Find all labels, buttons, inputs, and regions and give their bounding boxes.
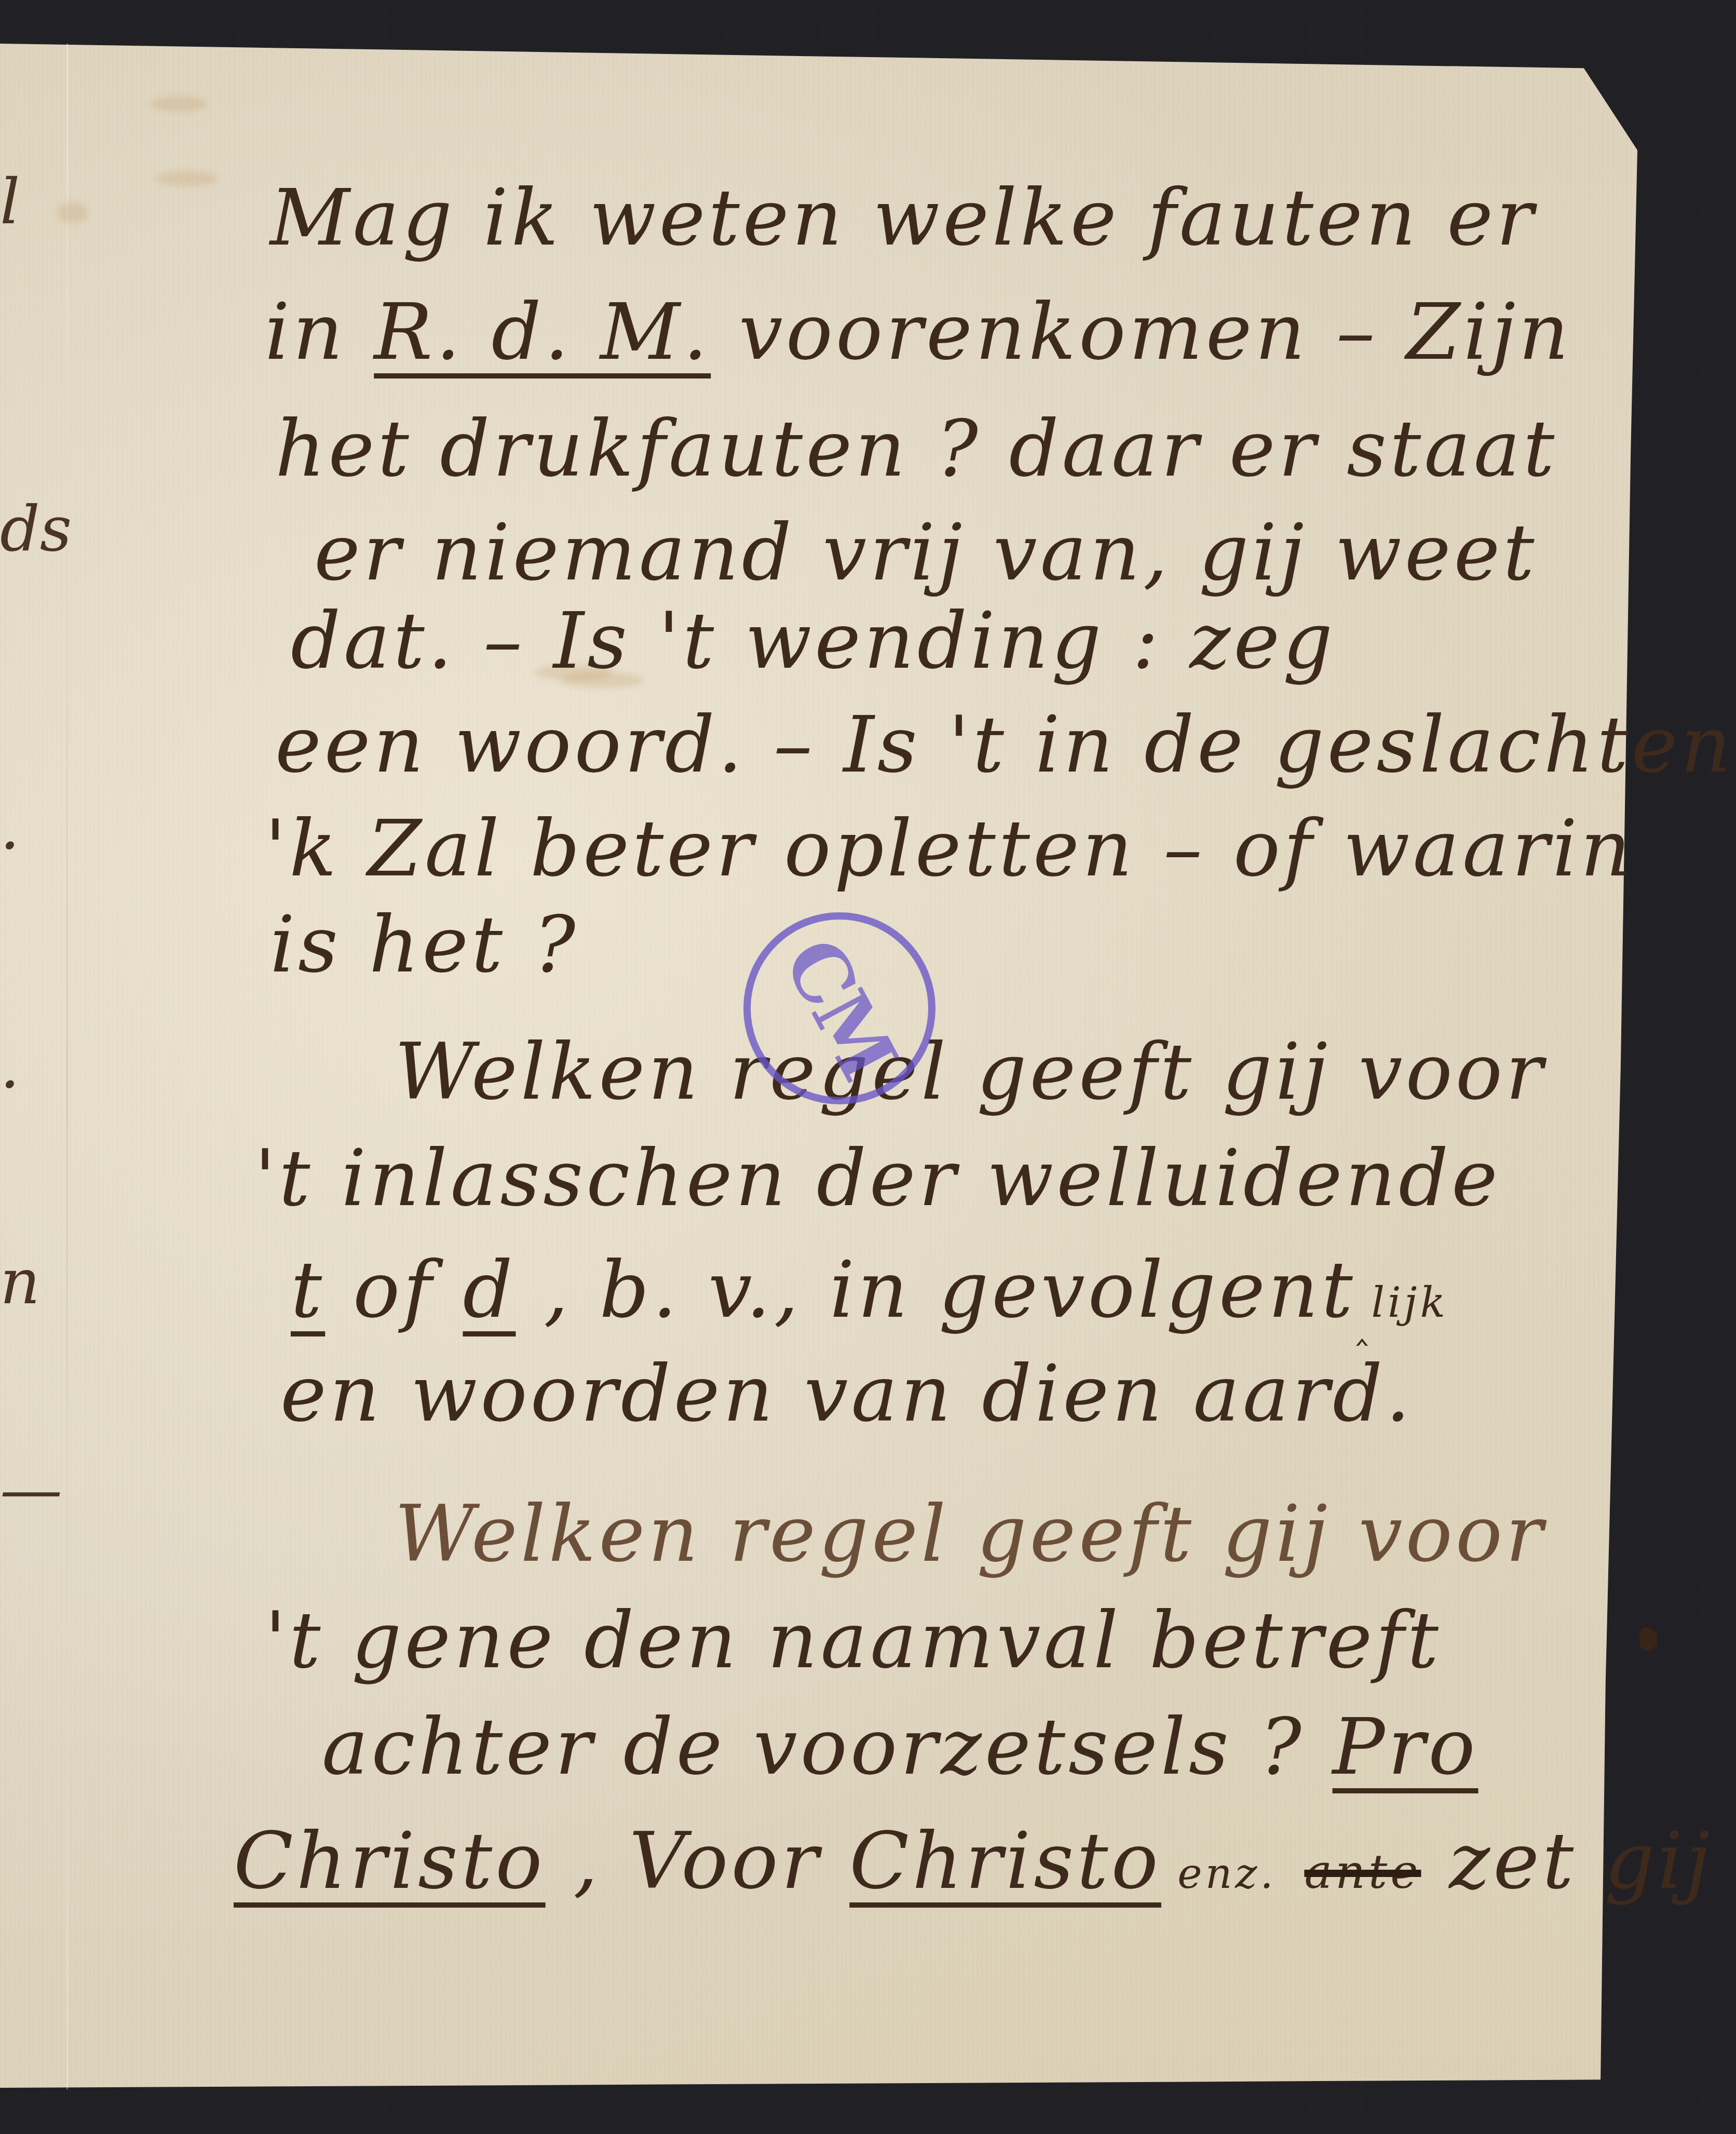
insertion-caret: ‸ [1356,1304,1372,1346]
line-text: achter de voorzetsels ? [322,1702,1333,1792]
text-line-2: in R. d. M. voorenkomen – Zijn [265,293,1572,371]
text-line-6: een woord. – Is 't in de geslachten ? [275,706,1736,784]
text-line-12: en woorden van dien aard. [280,1355,1414,1433]
text-line-11: t of d , b. v., in gevolgent‸lijk [291,1251,1448,1343]
line-text: zet gij [1421,1816,1713,1907]
text-line-10: 't inlasschen der welluidende [254,1140,1501,1218]
underlined-word: Christo [234,1816,546,1907]
collection-stamp: CM [743,912,935,1104]
underlined-word: Pro [1333,1702,1479,1792]
line-text: voorenkomen – Zijn [711,287,1572,377]
text-line-16: Christo , Voor Christo enz. ante zet gij [234,1822,1713,1900]
underlined-letter: t [291,1245,325,1335]
inserted-text: lijk [1371,1278,1448,1327]
underlined-abbreviation: R. d. M. [374,287,711,377]
text-line-15: achter de voorzetsels ? Pro [322,1708,1479,1786]
line-text: , b. v., in gevolgent [516,1245,1356,1335]
text-line-5: dat. – Is 't wending : zeg [291,602,1336,680]
text-line-9: Welken regel geeft gij voor [395,1033,1546,1111]
underlined-word: Christo [849,1816,1161,1907]
text-line-3: het drukfauten ? daar er staat [275,410,1557,488]
text-line-7: 'k Zal beter opletten – of waarin [265,810,1634,888]
line-text: in [265,287,374,377]
abbreviation: enz. [1161,1849,1277,1898]
text-line-14: 't gene den naamval betreft [265,1602,1442,1680]
text-line-8: is het ? [270,906,578,984]
line-text: , Voor [546,1816,850,1907]
line-text: of [325,1245,463,1335]
text-line-13: Welken regel geeft gij voor [395,1495,1546,1573]
text-line-4: er niemand vrij van, gij weet [314,514,1538,592]
underlined-letter: d [463,1245,516,1335]
text-line-1: Mag ik weten welke fauten er [270,179,1537,257]
struck-through-word: ante [1304,1845,1421,1899]
